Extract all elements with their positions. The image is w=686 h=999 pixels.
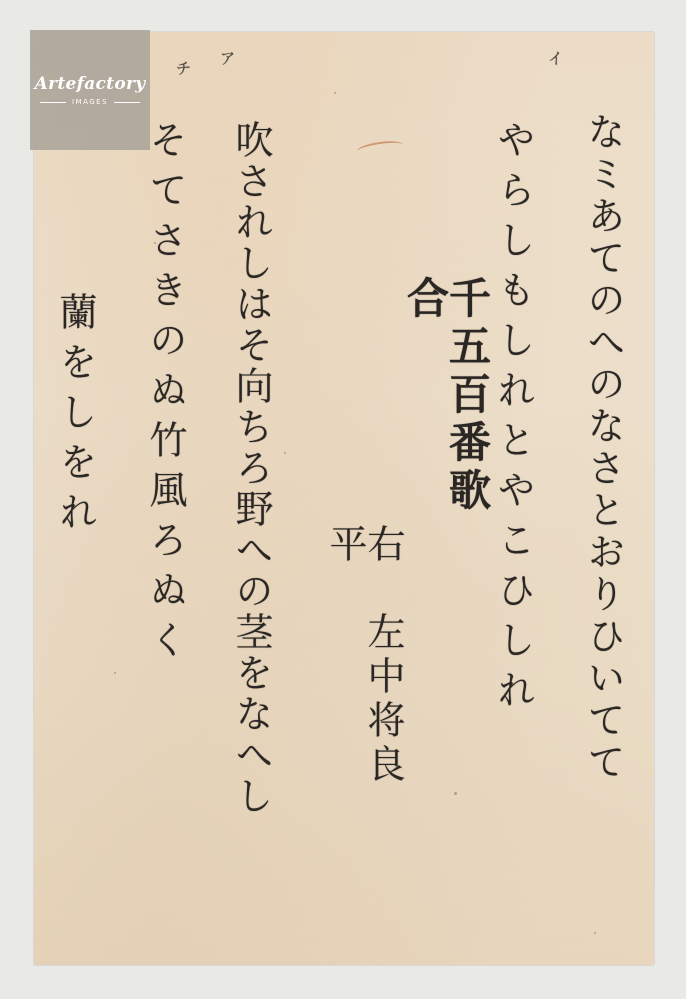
watermark-title: Artefactory — [35, 74, 146, 94]
poem1-line2: やらしもしれとやこひしれ — [494, 120, 532, 780]
manuscript-paper — [34, 32, 654, 965]
poem1-line1: なミあてのへのなさとおりひいてて — [584, 112, 622, 852]
margin-mark-left-b: チ — [174, 60, 190, 76]
poem2-line1: 吹されしはそ向ちろ野への茎をなへし — [232, 120, 270, 880]
margin-mark-right: イ — [546, 50, 562, 66]
paper-speck — [284, 452, 286, 454]
watermark-subtitle-row: IMAGES — [40, 98, 140, 106]
poem2-line2: そてさきのぬ竹風ろぬく — [146, 120, 184, 780]
watermark-subtitle: IMAGES — [72, 98, 108, 106]
watermark-rule-left — [40, 102, 66, 103]
paper-speck — [594, 932, 596, 934]
paper-speck — [114, 672, 116, 674]
heading-title: 千五百番歌合 — [404, 276, 488, 556]
poem2-line3: 蘭をしをれ — [56, 292, 94, 572]
watermark-rule-right — [114, 102, 140, 103]
heading-author: 右 左中将良平 — [326, 524, 402, 804]
paper-speck — [454, 792, 457, 795]
paper-speck — [334, 92, 336, 94]
margin-mark-left-a: ア — [218, 50, 234, 66]
artefactory-watermark: Artefactory IMAGES — [30, 30, 150, 150]
